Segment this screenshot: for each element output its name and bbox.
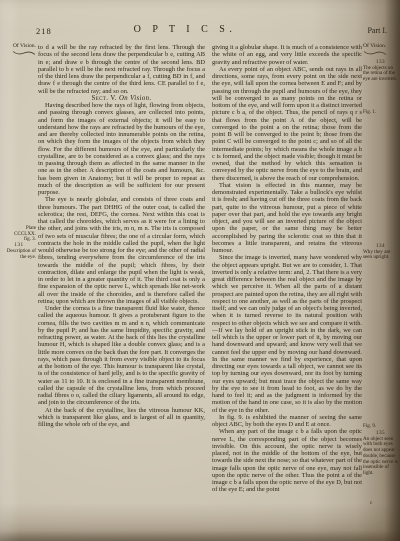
margin-note: Description of the eye. bbox=[7, 248, 36, 260]
plate-line: fig. 3. bbox=[24, 236, 36, 242]
sidehead-text: Of Vision. bbox=[363, 43, 386, 49]
paragraph: In fig. 9. is exhibited the manner of se… bbox=[212, 414, 362, 429]
paragraph: When any part of the image c b a falls u… bbox=[212, 428, 362, 493]
catchword: c bbox=[370, 500, 372, 506]
margin-note-135: 135 An object seen with both eyes does n… bbox=[363, 431, 398, 477]
paragraph: As every point of an object ABC, sends o… bbox=[212, 66, 362, 182]
margin-note-133: 133 The objects on the retina of the eye… bbox=[363, 60, 398, 83]
figure-reference-9: Fig. 9. bbox=[363, 424, 398, 430]
paragraph: That vision is effected in this manner, … bbox=[212, 182, 362, 255]
margin-note: An object seen with both eyes does not a… bbox=[363, 436, 398, 476]
running-title: O P T I C S. bbox=[0, 24, 370, 35]
right-text-column: giving it a globular shape. It is much o… bbox=[212, 44, 362, 494]
paragraph: Under the cornea is a fine transparent f… bbox=[38, 305, 205, 407]
page-header: 218 O P T I C S. Part I. bbox=[0, 24, 400, 38]
running-sidehead-right: Of Vision. bbox=[363, 44, 398, 56]
paragraph: Having described how the rays of light, … bbox=[38, 102, 205, 196]
section-label: Sect. V. bbox=[91, 95, 119, 102]
margin-note-134: 134 Why they are seen upright. bbox=[363, 244, 398, 261]
margin-note: The objects on the retina of the eye are… bbox=[363, 65, 397, 82]
section-heading: Sect. V. On Vision. bbox=[38, 95, 205, 102]
book-page-scan: 218 O P T I C S. Part I. Of Vision. Plat… bbox=[0, 0, 400, 541]
paragraph: Since the image is inverted, many have w… bbox=[212, 254, 362, 414]
paragraph: to d a will be the ray refracted by the … bbox=[38, 44, 205, 95]
section-title: On Vision. bbox=[119, 95, 152, 102]
plate-reference: Plate CCCLXX. fig. 3. 131 Description of… bbox=[2, 226, 36, 260]
running-sidehead-left: Of Vision. bbox=[2, 44, 36, 56]
figure-reference-1: Fig. 1. bbox=[363, 110, 398, 116]
left-margin: Of Vision. Plate CCCLXX. fig. 3. 131 Des… bbox=[2, 30, 36, 535]
paragraph: The eye is nearly globular, and consists… bbox=[38, 196, 205, 305]
swash-rule-icon bbox=[12, 50, 36, 56]
swash-rule-icon bbox=[363, 50, 387, 56]
sidehead-text: Of Vision. bbox=[13, 43, 36, 49]
paragraph: At the back of the crystalline, lies the… bbox=[38, 407, 205, 429]
margin-note: Why they are seen upright. bbox=[363, 249, 390, 261]
left-text-column: to d a will be the ray refracted by the … bbox=[38, 44, 205, 428]
paragraph: giving it a globular shape. It is much o… bbox=[212, 44, 362, 66]
right-margin: Of Vision. 133 The objects on the retina… bbox=[363, 30, 398, 535]
